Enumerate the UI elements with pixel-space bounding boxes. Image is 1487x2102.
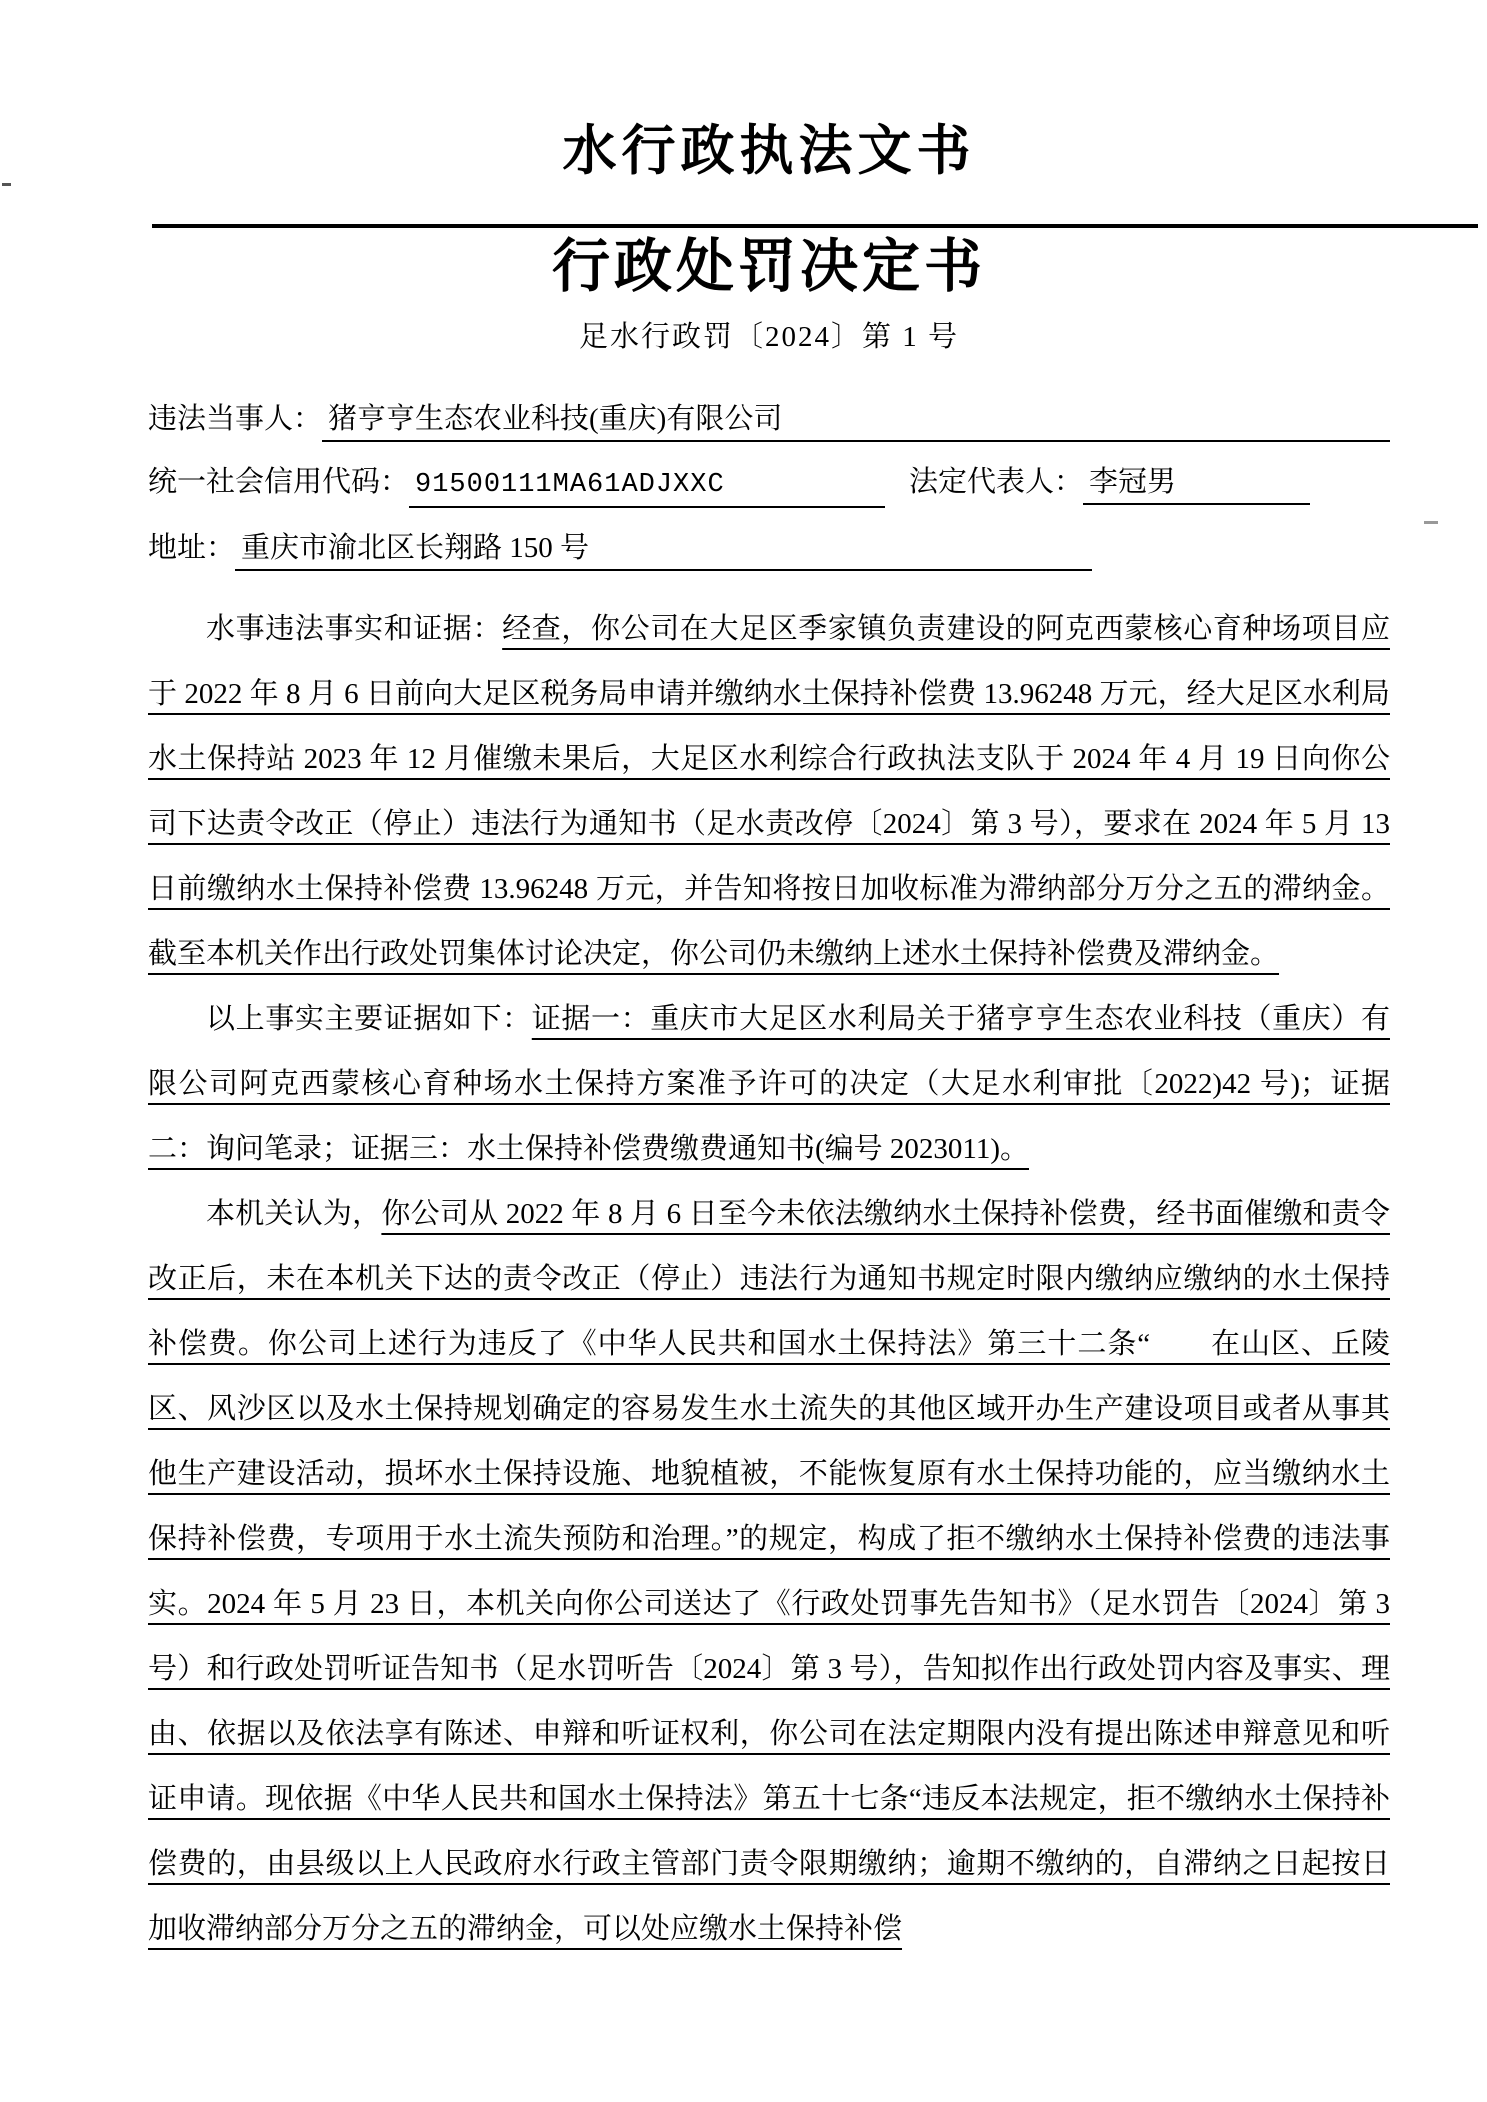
field-row-address: 地址： 重庆市渝北区长翔路 150 号	[148, 530, 1390, 571]
legal-rep-label: 法定代表人：	[909, 464, 1083, 500]
document-body: 水行政执法文书 行政处罚决定书 足水行政罚〔2024〕第 1 号 违法当事人： …	[0, 0, 1487, 1962]
facts-content: 经查，你公司在大足区季家镇负责建设的阿克西蒙核心育种场项目应于 2022 年 8…	[148, 613, 1390, 970]
legal-rep-value: 李冠男	[1083, 464, 1310, 505]
title-divider-line	[152, 224, 1478, 228]
facts-label: 水事违法事实和证据：	[206, 613, 502, 645]
header-title: 水行政执法文书	[148, 118, 1390, 184]
scan-artifact	[1424, 521, 1438, 524]
paragraph-facts: 水事违法事实和证据：经查，你公司在大足区季家镇负责建设的阿克西蒙核心育种场项目应…	[148, 597, 1390, 987]
scan-artifact	[2, 183, 11, 186]
field-row-party: 违法当事人： 猪亨亨生态农业科技(重庆)有限公司	[148, 401, 1390, 442]
document-page: 水行政执法文书 行政处罚决定书 足水行政罚〔2024〕第 1 号 违法当事人： …	[0, 0, 1487, 2102]
credit-code-label: 统一社会信用代码：	[148, 464, 409, 500]
party-label: 违法当事人：	[148, 401, 322, 437]
doc-type-title: 行政处罚决定书	[148, 232, 1390, 302]
address-label: 地址：	[148, 530, 235, 566]
address-value: 重庆市渝北区长翔路 150 号	[235, 530, 1092, 571]
field-row-credit-code: 统一社会信用代码： 91500111MA61ADJXXC 法定代表人： 李冠男	[148, 464, 1390, 508]
evidence-label: 以上事实主要证据如下：	[206, 1003, 532, 1035]
finding-label: 本机关认为，	[206, 1198, 381, 1230]
paragraph-finding: 本机关认为，你公司从 2022 年 8 月 6 日至今未依法缴纳水土保持补偿费，…	[148, 1182, 1390, 1962]
party-value: 猪亨亨生态农业科技(重庆)有限公司	[322, 401, 1390, 442]
document-text: 水事违法事实和证据：经查，你公司在大足区季家镇负责建设的阿克西蒙核心育种场项目应…	[148, 597, 1390, 1962]
credit-code-value: 91500111MA61ADJXXC	[409, 467, 885, 508]
party-info-fields: 违法当事人： 猪亨亨生态农业科技(重庆)有限公司 统一社会信用代码： 91500…	[148, 401, 1390, 571]
finding-content: 你公司从 2022 年 8 月 6 日至今未依法缴纳水土保持补偿费，经书面催缴和…	[148, 1198, 1390, 1945]
paragraph-evidence: 以上事实主要证据如下：证据一：重庆市大足区水利局关于猪亨亨生态农业科技（重庆）有…	[148, 987, 1390, 1182]
doc-number: 足水行政罚〔2024〕第 1 号	[148, 314, 1390, 355]
